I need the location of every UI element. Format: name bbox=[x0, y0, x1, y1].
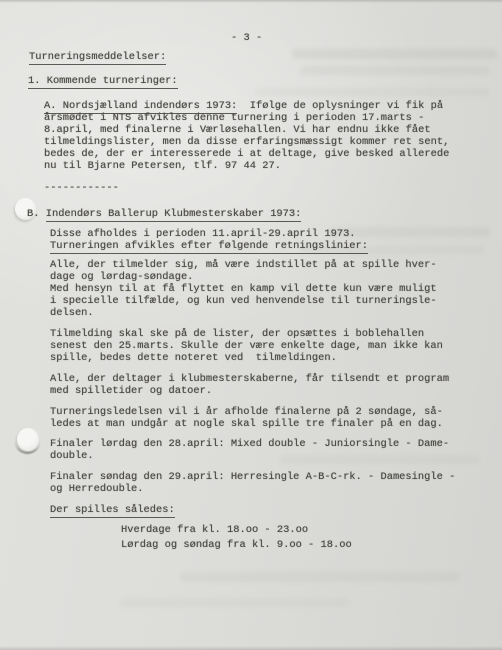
text-line: ledes at man undgår at nogle skal spille… bbox=[50, 418, 443, 430]
document-title: Turneringsmeddelelser: bbox=[29, 51, 166, 63]
text-line: og Herredouble. bbox=[50, 483, 455, 495]
schedule-heading-line: Der spilles således: bbox=[50, 504, 175, 516]
text-line: med spilletider og datoer. bbox=[50, 385, 449, 397]
text-line: double. bbox=[50, 450, 449, 462]
page-number: - 3 - bbox=[231, 32, 262, 44]
text-line: delsen. bbox=[50, 307, 437, 319]
smudge bbox=[255, 88, 490, 96]
section-a-heading-rest: Ifølge de oplysninger vi fik på bbox=[237, 100, 443, 112]
hole-punch bbox=[17, 428, 39, 451]
text-line: 8.april, med finalerne i Værløsehallen. … bbox=[44, 124, 449, 136]
schedule-line-weekdays: Hverdage fra kl. 18.oo - 23.oo bbox=[121, 523, 352, 538]
smudge bbox=[292, 49, 497, 59]
text-line: Alle, der tilmelder sig, må være indstil… bbox=[50, 259, 437, 271]
scanned-document-page: - 3 - Turneringsmeddelelser: 1. Kommende… bbox=[0, 0, 502, 650]
section-b-paragraph-2: Alle, der tilmelder sig, må være indstil… bbox=[50, 259, 437, 319]
text-line: spille, bedes dette noteret ved tilmeldi… bbox=[50, 352, 443, 364]
divider-dashes: ------------ bbox=[44, 182, 119, 194]
text-line: Med hensyn til at få flyttet en kamp vil… bbox=[50, 283, 437, 295]
text-line: bedes de, der er interesserede i at delt… bbox=[44, 148, 449, 160]
text-line: senest den 25.marts. Skulle der være enk… bbox=[50, 340, 443, 352]
guidelines-heading: Turneringen afvikles efter følgende retn… bbox=[50, 240, 368, 254]
text-line: Tilmelding skal ske på de lister, der op… bbox=[50, 328, 443, 340]
schedule-heading: Der spilles således: bbox=[50, 504, 175, 518]
smudge bbox=[120, 598, 350, 607]
finals-saturday: Finaler lørdag den 28.april: Mixed doubl… bbox=[50, 438, 449, 462]
section-b-heading: Indendørs Ballerup Klubmesterskaber 1973… bbox=[46, 208, 302, 222]
document-title-text: Turneringsmeddelelser: bbox=[29, 51, 166, 65]
text-line: Finaler søndag den 29.april: Herresingle… bbox=[50, 471, 455, 483]
text-line: nu til Bjarne Petersen, tlf. 97 44 27. bbox=[44, 160, 449, 172]
text-line-underlined: Turneringen afvikles efter følgende retn… bbox=[50, 240, 368, 252]
text-line: dage og lørdag-søndage. bbox=[50, 271, 437, 283]
section-a-heading-line: A. Nordsjælland indendørs 1973: Ifølge d… bbox=[44, 100, 449, 112]
section-b-label: B. bbox=[27, 208, 46, 220]
schedule-line-weekend: Lørdag og søndag fra kl. 9.oo - 18.oo bbox=[121, 538, 352, 553]
schedule: Hverdage fra kl. 18.oo - 23.oo Lørdag og… bbox=[121, 523, 352, 553]
section-a: A. Nordsjælland indendørs 1973: Ifølge d… bbox=[44, 100, 449, 172]
section-heading-upcoming: 1. Kommende turneringer: bbox=[28, 75, 178, 87]
text-line: Alle, der deltager i klubmesterskaberne,… bbox=[50, 373, 449, 385]
text-line: Disse afholdes i perioden 11.april-29.ap… bbox=[50, 228, 368, 240]
text-line: Finaler lørdag den 28.april: Mixed doubl… bbox=[50, 438, 449, 450]
section-b-paragraph-1: Disse afholdes i perioden 11.april-29.ap… bbox=[50, 228, 368, 252]
text-line: i specielle tilfælde, og kun ved henvend… bbox=[50, 295, 437, 307]
text-line: årsmødet i NTS afvikles denne turnering … bbox=[44, 112, 449, 124]
text-line: Turneringsledelsen vil i år afholde fina… bbox=[50, 406, 443, 418]
section-b-paragraph-5: Turneringsledelsen vil i år afholde fina… bbox=[50, 406, 443, 430]
section-b-heading-line: B. Indendørs Ballerup Klubmesterskaber 1… bbox=[27, 208, 301, 220]
finals-sunday: Finaler søndag den 29.april: Herresingle… bbox=[50, 471, 455, 495]
smudge bbox=[180, 572, 460, 582]
smudge bbox=[300, 66, 490, 75]
section-b-paragraph-4: Alle, der deltager i klubmesterskaberne,… bbox=[50, 373, 449, 397]
section-heading-upcoming-text: 1. Kommende turneringer: bbox=[28, 75, 178, 89]
scan-edge-bottom bbox=[0, 646, 502, 650]
section-b-paragraph-3: Tilmelding skal ske på de lister, der op… bbox=[50, 328, 443, 364]
text-line: tilmeldingslister, men da disse erfaring… bbox=[44, 136, 449, 148]
scan-edge-top bbox=[0, 0, 502, 3]
